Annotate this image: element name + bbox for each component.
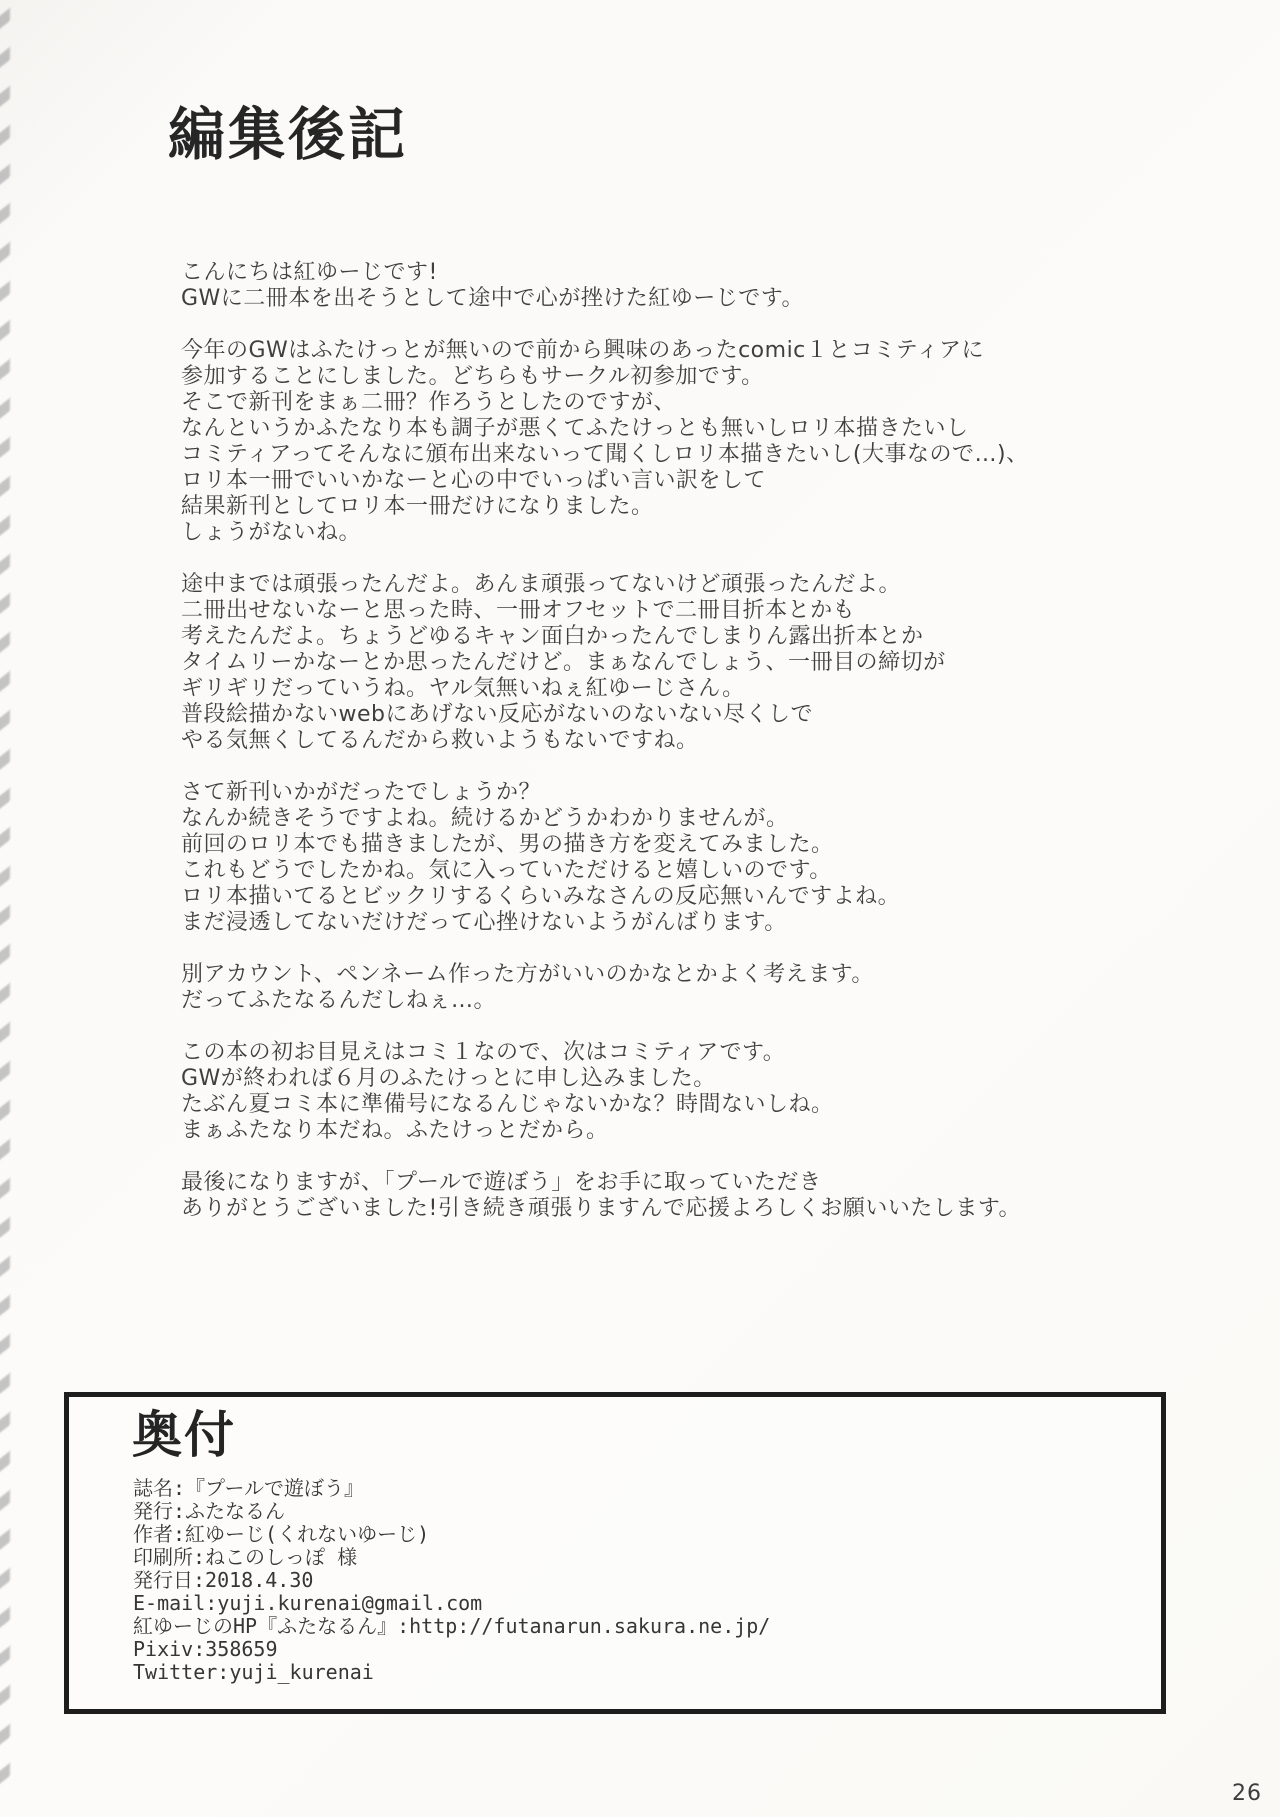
afterword-paragraph: 別アカウント、ペンネーム作った方がいいのかなとかよく考えます。 だってふたなるん…: [181, 962, 1181, 1014]
text-line: これもどうでしたかね。気に入っていただけると嬉しいのです。: [181, 858, 1181, 884]
afterword-paragraph: こんにちは紅ゆーじです! GWに二冊本を出そうとして途中で心が挫けた紅ゆーじです…: [181, 260, 1181, 312]
colophon-line-publisher: 発行:ふたなるん: [133, 1500, 770, 1523]
text-line: だってふたなるんだしねぇ…。: [181, 988, 1181, 1014]
scanned-afterword-page: 編集後記 こんにちは紅ゆーじです! GWに二冊本を出そうとして途中で心が挫けた紅…: [0, 0, 1280, 1817]
afterword-paragraph: 途中までは頑張ったんだよ。あんま頑張ってないけど頑張ったんだよ。 二冊出せないな…: [181, 572, 1181, 754]
colophon-line-pixiv: Pixiv:358659: [133, 1638, 770, 1661]
text-line: しょうがないね。: [181, 520, 1181, 546]
colophon-line-homepage: 紅ゆーじのHP『ふたなるん』:http://futanarun.sakura.n…: [133, 1615, 770, 1638]
colophon-box: 奥付 誌名:『プールで遊ぼう』 発行:ふたなるん 作者:紅ゆーじ(くれないゆーじ…: [64, 1392, 1166, 1714]
afterword-paragraph: 今年のGWはふたけっとが無いので前から興味のあったcomic１とコミティアに 参…: [181, 338, 1181, 546]
colophon-line-twitter: Twitter:yuji_kurenai: [133, 1661, 770, 1684]
afterword-text: こんにちは紅ゆーじです! GWに二冊本を出そうとして途中で心が挫けた紅ゆーじです…: [181, 260, 1181, 1248]
text-line: 考えたんだよ。ちょうどゆるキャン面白かったんでしまりん露出折本とか: [181, 624, 1181, 650]
text-line: やる気無くしてるんだから救いようもないですね。: [181, 728, 1181, 754]
afterword-paragraph: 最後になりますが、「プールで遊ぼう」をお手に取っていただき ありがとうございまし…: [181, 1170, 1181, 1222]
colophon-title: 奥付: [132, 1409, 236, 1462]
text-line: こんにちは紅ゆーじです!: [181, 260, 1181, 286]
text-line: GWに二冊本を出そうとして途中で心が挫けた紅ゆーじです。: [181, 286, 1181, 312]
text-line: まぁふたなり本だね。ふたけっとだから。: [181, 1118, 1181, 1144]
text-line: 今年のGWはふたけっとが無いので前から興味のあったcomic１とコミティアに: [181, 338, 1181, 364]
text-line: ギリギリだっていうね。ヤル気無いねぇ紅ゆーじさん。: [181, 676, 1181, 702]
text-line: GWが終われば６月のふたけっとに申し込みました。: [181, 1066, 1181, 1092]
text-line: さて新刊いかがだったでしょうか？: [181, 780, 1181, 806]
scan-edge-artifacts: [0, 8, 10, 1808]
text-line: 結果新刊としてロリ本一冊だけになりました。: [181, 494, 1181, 520]
text-line: なんか続きそうですよね。続けるかどうかわかりませんが。: [181, 806, 1181, 832]
text-line: ロリ本一冊でいいかなーと心の中でいっぱい言い訳をして: [181, 468, 1181, 494]
page-number: 26: [1232, 1781, 1262, 1806]
text-line: コミティアってそんなに頒布出来ないって聞くしロリ本描きたいし(大事なので…)、: [181, 442, 1181, 468]
afterword-paragraph: さて新刊いかがだったでしょうか？ なんか続きそうですよね。続けるかどうかわかりま…: [181, 780, 1181, 936]
text-line: 二冊出せないなーと思った時、一冊オフセットで二冊目折本とかも: [181, 598, 1181, 624]
colophon-line-author: 作者:紅ゆーじ(くれないゆーじ): [133, 1523, 770, 1546]
text-line: タイムリーかなーとか思ったんだけど。まぁなんでしょう、一冊目の締切が: [181, 650, 1181, 676]
text-line: 参加することにしました。どちらもサークル初参加です。: [181, 364, 1181, 390]
text-line: まだ浸透してないだけだって心挫けないようがんばります。: [181, 910, 1181, 936]
text-line: 前回のロリ本でも描きましたが、男の描き方を変えてみました。: [181, 832, 1181, 858]
text-line: たぶん夏コミ本に準備号になるんじゃないかな？時間ないしね。: [181, 1092, 1181, 1118]
text-line: この本の初お目見えはコミ１なので、次はコミティアです。: [181, 1040, 1181, 1066]
colophon-line-email: E-mail:yuji.kurenai@gmail.com: [133, 1592, 770, 1615]
text-line: 途中までは頑張ったんだよ。あんま頑張ってないけど頑張ったんだよ。: [181, 572, 1181, 598]
page-title: 編集後記: [168, 104, 408, 167]
text-line: ありがとうございました!引き続き頑張りますんで応援よろしくお願いいたします。: [181, 1196, 1181, 1222]
text-line: 普段絵描かないwebにあげない反応がないのないない尽くしで: [181, 702, 1181, 728]
colophon-line-printer: 印刷所:ねこのしっぽ 様: [133, 1546, 770, 1569]
colophon-details: 誌名:『プールで遊ぼう』 発行:ふたなるん 作者:紅ゆーじ(くれないゆーじ) 印…: [133, 1477, 770, 1684]
text-line: そこで新刊をまぁ二冊？作ろうとしたのですが、: [181, 390, 1181, 416]
text-line: 別アカウント、ペンネーム作った方がいいのかなとかよく考えます。: [181, 962, 1181, 988]
text-line: なんというかふたなり本も調子が悪くてふたけっとも無いしロリ本描きたいし: [181, 416, 1181, 442]
text-line: ロリ本描いてるとビックリするくらいみなさんの反応無いんですよね。: [181, 884, 1181, 910]
text-line: 最後になりますが、「プールで遊ぼう」をお手に取っていただき: [181, 1170, 1181, 1196]
afterword-paragraph: この本の初お目見えはコミ１なので、次はコミティアです。 GWが終われば６月のふた…: [181, 1040, 1181, 1144]
colophon-line-publish-date: 発行日:2018.4.30: [133, 1569, 770, 1592]
colophon-line-book-title: 誌名:『プールで遊ぼう』: [133, 1477, 770, 1500]
